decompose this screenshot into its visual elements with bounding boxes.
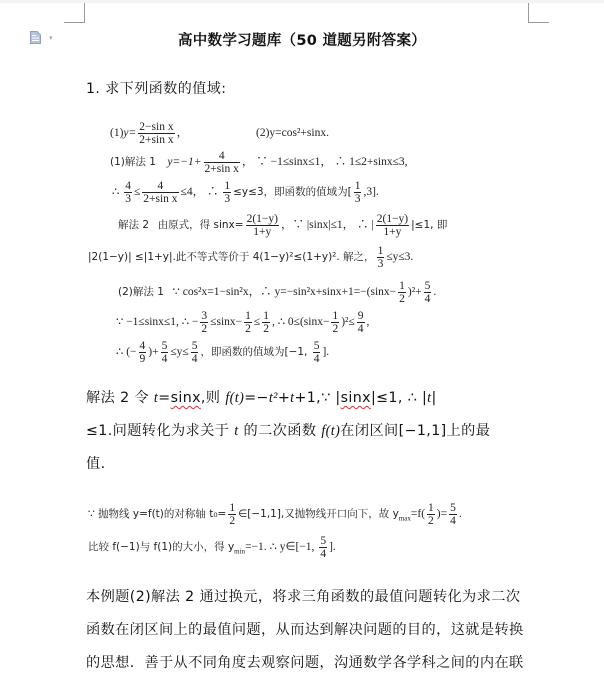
- solution-1-method-1-line-2: ∴ 43≤42+sin x≤4， ∴ 13≤y≤3，即函数的值域为[13,3].: [112, 180, 379, 205]
- summary-line-1: 本例题(2)解法 2 通过换元，将求三角函数的最值问题转化为求二次: [86, 581, 531, 614]
- problem-statement: (1)y=2−sin x2+sin x，: [110, 121, 188, 146]
- spellcheck-word[interactable]: sinx: [341, 390, 371, 406]
- solution-1-method-1: (1)解法 1 y=−1+42+sin x， ∵ −1≤sinx≤1， ∴ 1≤…: [110, 150, 408, 175]
- fraction: 2−sin x2+sin x: [138, 121, 174, 146]
- crop-mark-top-right-h: [528, 22, 549, 23]
- paragraph-line-2: ≤1.问题转化为求关于 t 的二次函数 f(t)在闭区间[−1,1]上的最: [86, 415, 531, 448]
- solution-2-method-1-line-3: ∴ (−49)+54≤y≤54，即函数的值域为[−1, 54].: [116, 340, 329, 365]
- page-top-edge: [0, 0, 604, 3]
- crop-mark-top-left: [84, 3, 85, 23]
- parabola-line-2: 比较 f(−1)与 f(1)的大小，得 ymin=−1. ∴ y∈[−1, 54…: [88, 535, 336, 560]
- solution-2-method-1-line-2: ∵ −1≤sinx≤1, ∴ −32≤sinx−12≤12, ∴ 0≤(sinx…: [116, 310, 369, 335]
- paragraph-line-1: 解法 2 令 t=sinx,则 f(t)=−t²+t+1,∵ |sinx|≤1,…: [86, 382, 531, 415]
- crop-mark-top-left-h: [64, 22, 85, 23]
- solution-1-method-2-line-2: |2(1−y)| ≤|1+y|.此不等式等价于 4(1−y)²≤(1+y)². …: [88, 245, 413, 270]
- problem-part-2: (2)y=cos²+sinx.: [256, 126, 329, 140]
- question-1: 1. 求下列函数的值域:: [86, 78, 227, 98]
- document-title: 高中数学习题库（50 道题另附答案）: [0, 29, 604, 50]
- spellcheck-word[interactable]: sinx: [171, 390, 201, 406]
- summary-line-2: 函数在闭区间上的最值问题，从而达到解决问题的目的，这就是转换: [86, 614, 531, 647]
- solution-1-method-2: 解法 2 由原式，得 sinx=2(1−y)1+y，∵ |sinx|≤1， ∴ …: [118, 213, 447, 238]
- document-page: ▾ 高中数学习题库（50 道题另附答案） 1. 求下列函数的值域: (1)y=2…: [0, 0, 604, 675]
- paragraph-line-3: 值.: [86, 448, 531, 481]
- solution-2-method-2: 解法 2 令 t=sinx,则 f(t)=−t²+t+1,∵ |sinx|≤1,…: [86, 382, 531, 481]
- summary-line-3: 的思想．善于从不同角度去观察问题，沟通数学各学科之间的内在联: [86, 647, 531, 675]
- crop-mark-top-right: [528, 3, 529, 23]
- parabola-line-1: ∵ 抛物线 y=f(t)的对称轴 t₀=12∈[−1,1],又抛物线开口向下，故…: [88, 502, 462, 527]
- solution-2-method-1: (2)解法 1 ∵ cos²x=1−sin²x，∴ y=−sin²x+sinx+…: [118, 280, 436, 305]
- summary-paragraph: 本例题(2)解法 2 通过换元，将求三角函数的最值问题转化为求二次 函数在闭区间…: [86, 581, 531, 675]
